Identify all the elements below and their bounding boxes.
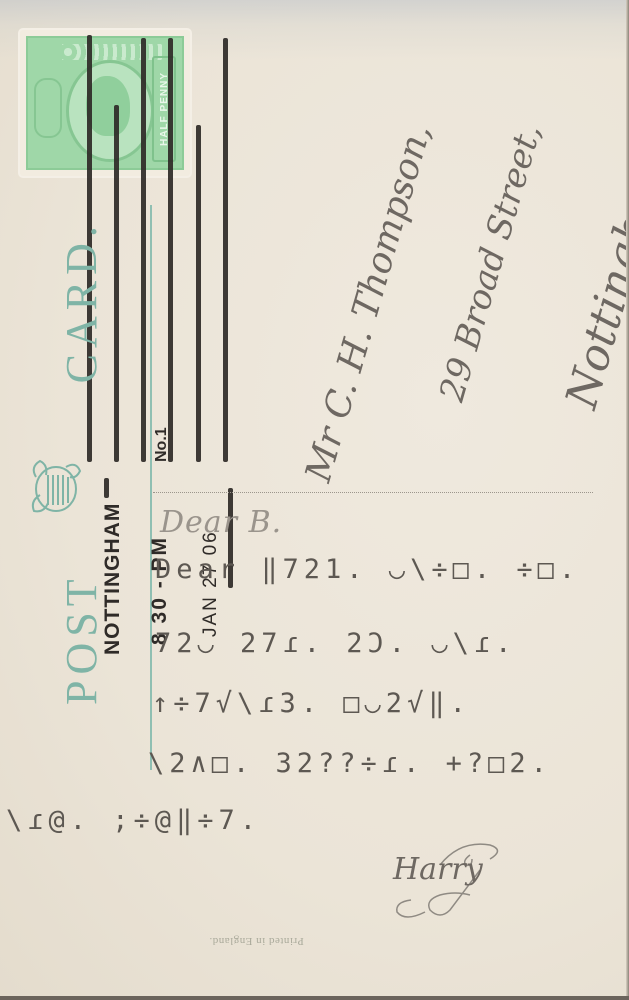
- half-penny-stamp: HALF PENNY: [20, 30, 190, 176]
- stamp-face: HALF PENNY: [26, 36, 184, 170]
- message-line: \2∧□. 32??÷ɾ. +?□2.: [148, 748, 552, 779]
- message-line: ↑÷7√\ɾ3. □◡2√‖.: [152, 688, 471, 719]
- cancel-bar: [141, 38, 146, 462]
- message-line: \ɾ@. ;÷@‖÷7.: [6, 805, 261, 836]
- cancel-bar: [223, 38, 228, 462]
- cancel-bar: [114, 105, 119, 462]
- postmark-office-number: No.1: [153, 427, 171, 462]
- cancel-bar: [168, 38, 173, 462]
- message-line: Dear ‖721. ◡\÷□. ÷□.: [155, 554, 580, 585]
- message-line: 72◡ 27ɾ. 2Ͻ. ◡\ɾ.: [155, 628, 516, 659]
- card-bottom-edge: [0, 996, 629, 1000]
- message-greeting: Dear B.: [160, 505, 282, 540]
- address-divider-line: [150, 205, 152, 770]
- cancel-bar: [196, 125, 201, 462]
- address-city: Nottingham.: [556, 130, 629, 414]
- postcard-back: HALF PENNY POSTCARD. NOTTINGHAM No.1 8 3…: [0, 0, 629, 1000]
- king-portrait-icon: [86, 76, 130, 136]
- heading-post: POST: [57, 573, 106, 705]
- printed-in-england-imprint: Printed in England.: [209, 935, 304, 947]
- stamp-leaves-ornament: [62, 44, 162, 60]
- dotted-rule: [153, 492, 593, 493]
- signature: Harry: [393, 852, 483, 887]
- stamp-crown-ornament: [34, 78, 62, 138]
- royal-crest-icon: [26, 455, 84, 521]
- postmark-city: NOTTINGHAM: [101, 503, 125, 655]
- address-street: 29 Broad Street,: [432, 120, 549, 406]
- address-recipient: Mr C. H. Thompson,: [298, 120, 439, 487]
- heading-card: CARD.: [57, 220, 106, 383]
